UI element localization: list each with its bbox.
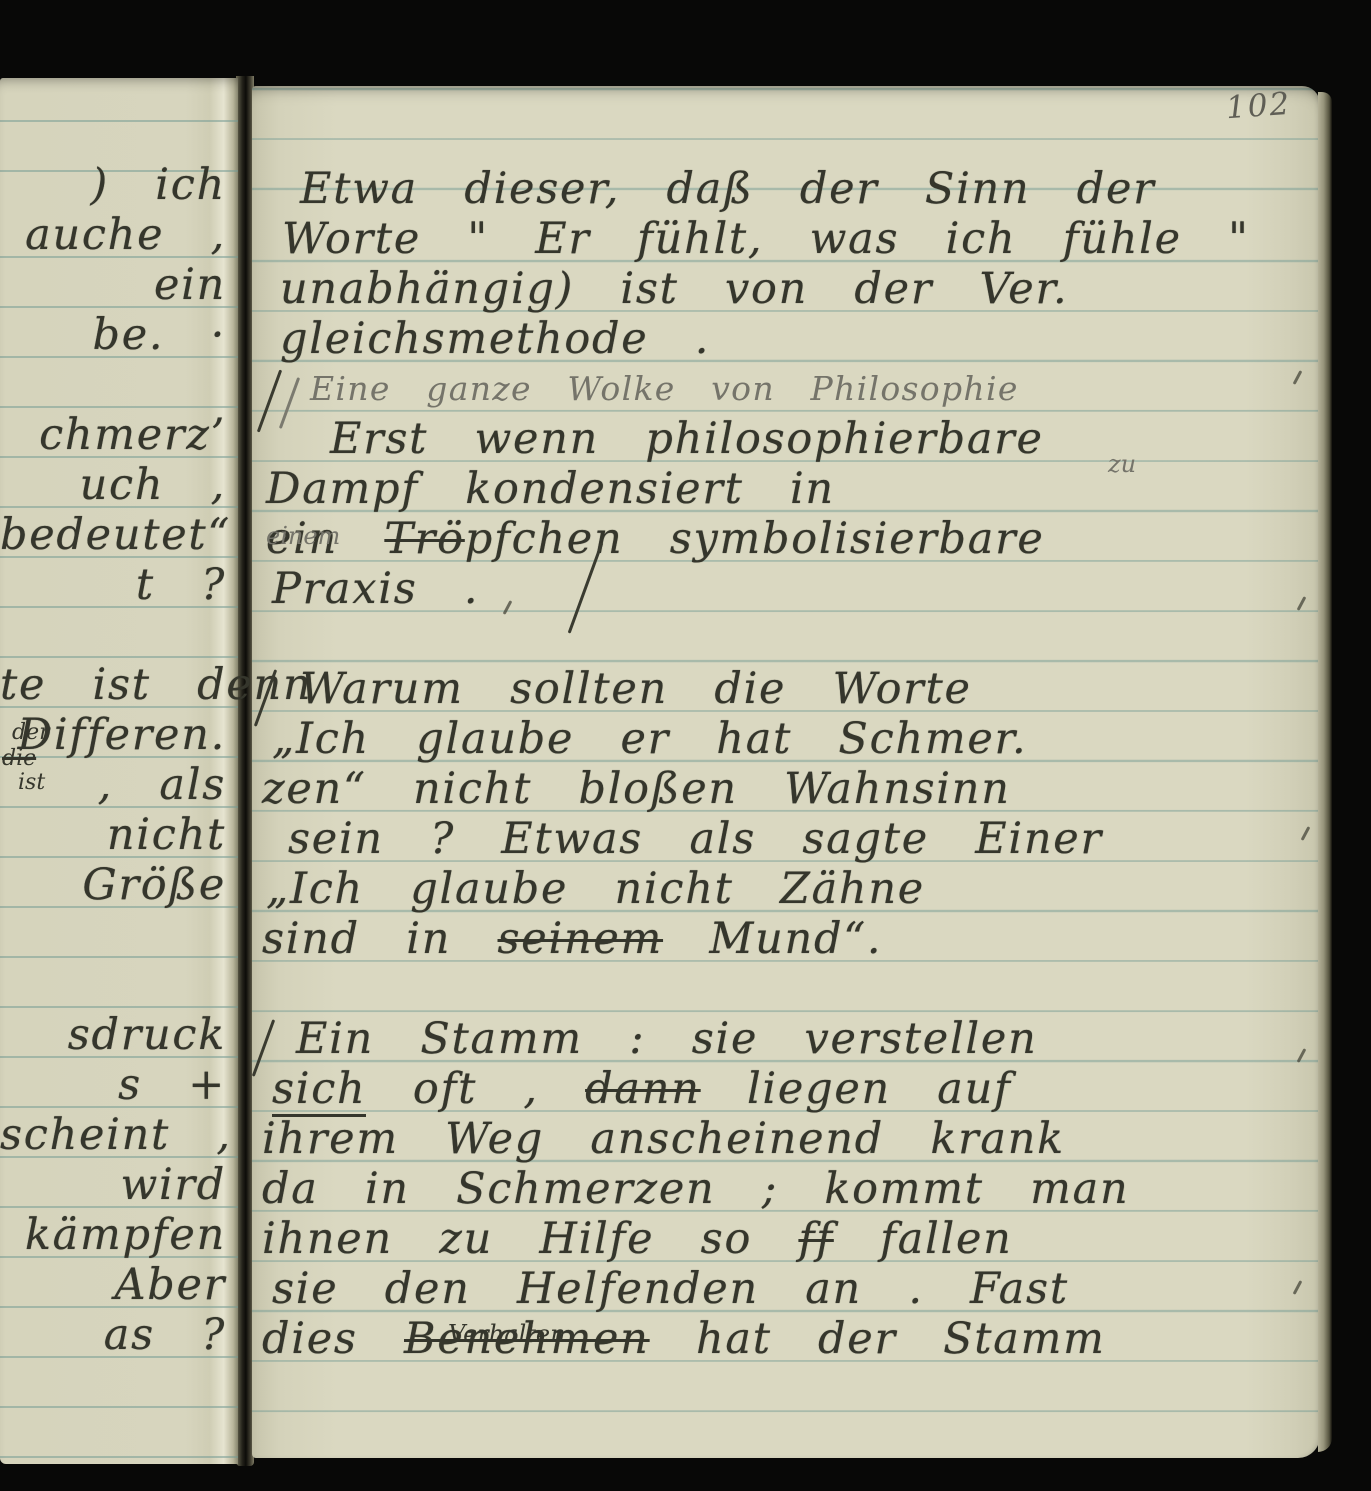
handwriting-line-fragment: Aber: [0, 1258, 282, 1312]
handwriting-line-fragment: scheint ,: [0, 1108, 236, 1162]
handwriting-segment: zen“ nicht bloßen Wahnsinn: [262, 764, 1011, 814]
handwriting-line-fragment: s +: [0, 1058, 290, 1112]
interlinear-annotation: zu: [1108, 452, 1136, 476]
handwriting-segment: liegen auf: [701, 1064, 1012, 1114]
handwriting-line-fragment: wird: [0, 1158, 306, 1212]
handwriting-segment: hat der Stamm: [650, 1314, 1106, 1364]
handwriting-segment: gleichsmethode .: [280, 314, 710, 364]
handwriting-line: zen“ nicht bloßen Wahnsinn: [262, 762, 1011, 816]
handwriting-segment: Worte " Er fühlt, was ich fühle ": [282, 214, 1250, 264]
handwriting-line-fragment: bedeutet“: [0, 508, 232, 562]
handwriting-line-fragment: as ?: [0, 1308, 306, 1362]
handwriting-segment: Dampf kondensiert in: [266, 464, 835, 514]
handwriting-line: sein ? Etwas als sagte Einer: [288, 812, 1103, 866]
handwriting-segment: chmerz’: [39, 410, 226, 460]
handwriting-segment: Trö: [384, 514, 464, 564]
page-fore-edge: [1318, 92, 1332, 1452]
handwriting-line-fragment: nicht: [0, 808, 310, 862]
handwriting-line: Erst wenn philosophierbare: [330, 412, 1044, 466]
handwriting-segment: sie den Helfenden an . Fast: [272, 1264, 1069, 1314]
handwriting-segment: auche ,: [25, 210, 226, 260]
handwriting-segment: ein: [154, 260, 226, 310]
handwriting-segment: ) ich: [90, 160, 226, 210]
handwriting-line: Warum sollten die Worte: [300, 662, 972, 716]
handwriting-segment: Mund“.: [663, 914, 882, 964]
handwriting-line: Dampf kondensiert in: [266, 462, 835, 516]
handwriting-line: ein Tröpfchen symbolisierbare: [266, 512, 1045, 566]
interlinear-annotation: der: [12, 722, 50, 744]
handwriting-line: „Ich glaube er hat Schmer.: [272, 712, 1027, 766]
handwriting-segment: s +: [118, 1060, 226, 1110]
handwriting-line: sind in seinem Mund“.: [262, 912, 882, 966]
interlinear-annotation: ist: [18, 772, 45, 794]
handwriting-segment: pfchen symbolisierbare: [465, 514, 1045, 564]
page-number: 102: [1225, 86, 1293, 126]
handwriting-segment: sein ? Etwas als sagte Einer: [288, 814, 1103, 864]
handwriting-line: da in Schmerzen ; kommt man: [262, 1162, 1129, 1216]
handwriting-segment: seinem: [498, 914, 664, 964]
handwriting-segment: da in Schmerzen ; kommt man: [262, 1164, 1129, 1214]
handwriting-segment: Erst wenn philosophierbare: [330, 414, 1044, 464]
handwriting-line-fragment: auche ,: [0, 208, 262, 262]
handwriting-line-fragment: be. ·: [0, 308, 292, 362]
handwriting-line-fragment: sdruck: [0, 1008, 240, 1062]
interlinear-annotation: einem: [266, 524, 340, 548]
handwriting-segment: Warum sollten die Worte: [300, 664, 972, 714]
handwriting-line-fragment: chmerz’: [0, 408, 254, 462]
handwriting-line-fragment: uch ,: [0, 458, 252, 512]
handwriting-segment: ihnen zu Hilfe so: [262, 1214, 798, 1264]
handwriting-segment: ff: [798, 1214, 833, 1264]
handwriting-line: ihnen zu Hilfe so ff fallen: [262, 1212, 1013, 1266]
handwriting-segment: „Ich glaube nicht Zähne: [266, 864, 925, 914]
manuscript-scan: 102 Etwa dieser, daß der Sinn derWorte "…: [0, 0, 1371, 1491]
handwriting-line: Etwa dieser, daß der Sinn der: [300, 162, 1155, 216]
handwriting-line: dies Benehmen hat der Stamm: [262, 1312, 1106, 1366]
handwriting-line: Eine ganze Wolke von Philosophie: [310, 362, 1019, 416]
handwriting-segment: Etwa dieser, daß der Sinn der: [300, 164, 1155, 214]
handwriting-line-fragment: ) ich: [0, 158, 236, 212]
handwriting-line: unabhängig) ist von der Ver.: [280, 262, 1068, 316]
handwriting-segment: wird: [120, 1160, 226, 1210]
handwriting-segment: unabhängig) ist von der Ver.: [280, 264, 1068, 314]
handwriting-line-fragment: te ist denn: [0, 658, 230, 712]
handwriting-segment: scheint ,: [0, 1110, 232, 1160]
interlinear-annotation: die: [2, 748, 36, 770]
handwriting-line: sich oft , dann liegen auf: [272, 1062, 1012, 1116]
handwriting-segment: nicht: [107, 810, 226, 860]
handwriting-line: „Ich glaube nicht Zähne: [266, 862, 925, 916]
handwriting-segment: fallen: [834, 1214, 1013, 1264]
handwriting-line-fragment: kämpfen: [0, 1208, 234, 1262]
handwriting-line: gleichsmethode .: [280, 312, 710, 366]
handwriting-line: sie den Helfenden an . Fast: [272, 1262, 1069, 1316]
handwriting-line-fragment: ein: [0, 258, 312, 312]
handwriting-line: Worte " Er fühlt, was ich fühle ": [282, 212, 1250, 266]
handwriting-segment: te ist denn: [0, 660, 312, 710]
handwriting-segment: Eine ganze Wolke von Philosophie: [310, 369, 1019, 408]
handwriting-segment: , als: [98, 760, 226, 810]
handwriting-segment: kämpfen: [25, 1210, 226, 1260]
handwriting-segment: sind in: [262, 914, 498, 964]
handwriting-segment: bedeutet“: [0, 510, 231, 560]
handwriting-segment: sdruck: [68, 1010, 226, 1060]
handwriting-segment: be. ·: [92, 310, 226, 360]
handwriting-segment: Aber: [115, 1260, 226, 1310]
handwriting-segment: ihrem Weg anscheinend krank: [262, 1114, 1065, 1164]
handwriting-segment: uch ,: [80, 460, 226, 510]
handwriting-segment: as ?: [104, 1310, 226, 1360]
handwriting-segment: Ein Stamm : sie verstellen: [296, 1014, 1037, 1064]
handwriting-line: Ein Stamm : sie verstellen: [296, 1012, 1037, 1066]
handwriting-line: ihrem Weg anscheinend krank: [262, 1112, 1065, 1166]
handwriting-segment: „Ich glaube er hat Schmer.: [272, 714, 1027, 764]
handwriting-segment: dann: [585, 1064, 700, 1114]
handwriting-line-fragment: Größe: [0, 858, 260, 912]
handwriting-segment: Größe: [82, 860, 226, 910]
handwriting-segment: oft ,: [366, 1064, 585, 1114]
handwriting-segment: t ?: [136, 560, 226, 610]
handwriting-line-fragment: t ?: [0, 558, 336, 612]
interlinear-annotation: Verhalten: [448, 1322, 566, 1346]
